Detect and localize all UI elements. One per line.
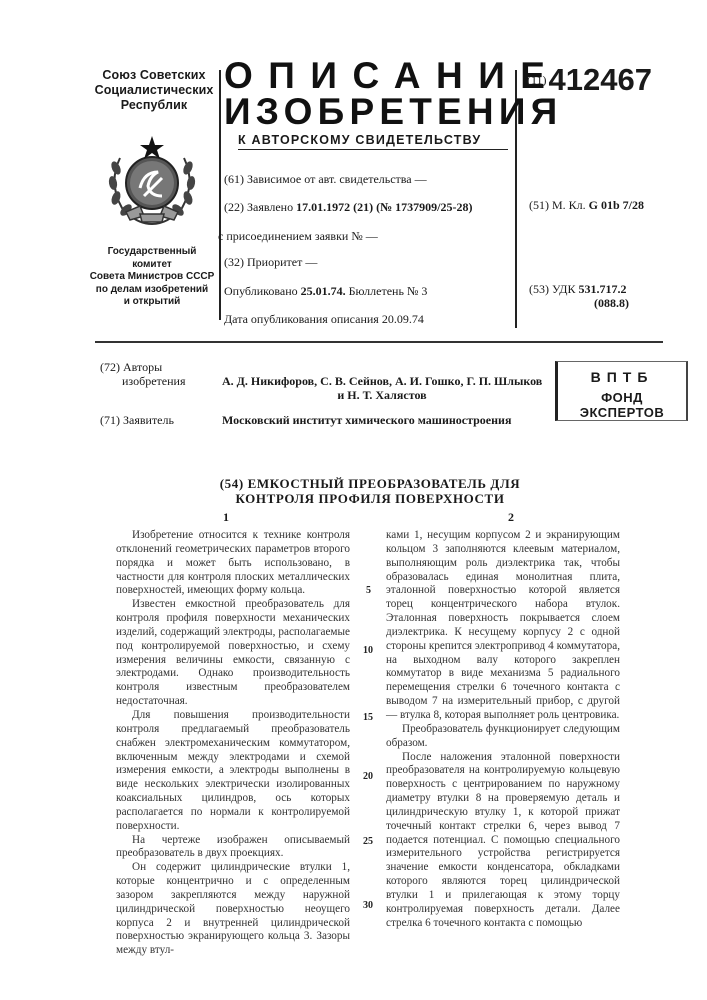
authors-label: (72) Авторы изобретения: [100, 360, 185, 388]
invention-title-line: КОНТРОЛЯ ПРОФИЛЯ ПОВЕРХНОСТИ: [200, 491, 540, 506]
invention-title-line: (54) ЕМКОСТНЫЙ ПРЕОБРАЗОВАТЕЛЬ ДЛЯ: [200, 476, 540, 491]
ussr-emblem-icon: [100, 128, 204, 228]
published-date: 25.01.74.: [301, 284, 346, 298]
column-1: Изобретение относится к технике контроля…: [116, 529, 350, 958]
classification: (51) М. Кл. G 01b 7/28: [529, 198, 644, 213]
paragraph: Для повышения производительности контрол…: [116, 709, 350, 834]
authors-label-line: (72) Авторы: [100, 360, 162, 374]
committee-line: по делам изобретений: [88, 284, 216, 297]
application-label: (21): [353, 200, 373, 214]
patent-number: (11)412467: [527, 62, 652, 98]
line-number: 30: [363, 900, 373, 911]
union-title-line: Республик: [90, 98, 218, 113]
class-label: (51) М. Кл.: [529, 198, 586, 212]
published-label: Опубликовано: [224, 284, 298, 298]
paragraph: Известен емкостной преобразователь для к…: [116, 598, 350, 709]
union-title-line: Союз Советских: [90, 68, 218, 83]
divider-left: [219, 70, 221, 320]
committee-line: и открытий: [88, 296, 216, 309]
authors-label-line: изобретения: [100, 374, 185, 388]
paragraph: Преобразователь функционирует следующим …: [386, 723, 620, 751]
patent-code: (11): [527, 73, 547, 87]
line-number: 20: [363, 771, 373, 782]
filed-label: (22) Заявлено: [224, 200, 293, 214]
line-number: 15: [363, 712, 373, 723]
union-title: Союз Советских Социалистических Республи…: [90, 68, 218, 113]
udk-value: 531.717.2: [578, 282, 626, 296]
library-stamp: ВПТБ ФОНД ЭКСПЕРТОВ: [555, 361, 688, 421]
committee-line: Государственный комитет: [88, 246, 216, 271]
committee-line: Совета Министров СССР: [88, 271, 216, 284]
udk-sub: (088.8): [529, 296, 629, 310]
udk-label: (53) УДК: [529, 282, 575, 296]
paragraph: Он содержит цилиндрические втулки 1, кот…: [116, 861, 350, 958]
paragraph: После наложения эталонной поверхности пр…: [386, 751, 620, 931]
header-rule: [95, 341, 663, 343]
application-number: (№ 1737909/25-28): [376, 200, 472, 214]
dependent-certificate: (61) Зависимое от авт. свидетельства —: [224, 172, 427, 187]
union-title-line: Социалистических: [90, 83, 218, 98]
priority: (32) Приоритет —: [224, 255, 317, 270]
line-number: 25: [363, 836, 373, 847]
class-value: G 01b 7/28: [589, 198, 644, 212]
line-number: 10: [363, 645, 373, 656]
committee-title: Государственный комитет Совета Министров…: [88, 246, 216, 309]
joined-application: с присоединением заявки № —: [218, 229, 378, 244]
udk: (53) УДК 531.717.2 (088.8): [529, 282, 629, 310]
column-2: ками 1, несущим корпусом 2 и экранирующи…: [386, 529, 620, 930]
doc-subtitle: К АВТОРСКОМУ СВИДЕТЕЛЬСТВУ: [238, 133, 508, 150]
applicant-name: Московский институт химического машиност…: [222, 413, 511, 428]
publication-info: Опубликовано 25.01.74. Бюллетень № 3: [224, 284, 427, 299]
paragraph: ками 1, несущим корпусом 2 и экранирующи…: [386, 529, 620, 723]
patent-number-value: 412467: [549, 62, 652, 97]
column-number-1: 1: [223, 510, 229, 525]
doc-type-title: ОПИСАНИЕ: [224, 56, 514, 96]
filing-info: (22) Заявлено 17.01.1972 (21) (№ 1737909…: [224, 200, 472, 215]
invention-title: (54) ЕМКОСТНЫЙ ПРЕОБРАЗОВАТЕЛЬ ДЛЯ КОНТР…: [200, 476, 540, 506]
column-number-2: 2: [508, 510, 514, 525]
bulletin: Бюллетень № 3: [349, 284, 428, 298]
description-date: Дата опубликования описания 20.09.74: [224, 312, 424, 327]
authors-names-2: и Н. Т. Халястов: [222, 388, 542, 403]
filed-date: 17.01.1972: [296, 200, 350, 214]
line-number: 5: [366, 585, 371, 596]
doc-type-title-2: ИЗОБРЕТЕНИЯ: [224, 92, 514, 132]
stamp-line: ВПТБ: [558, 369, 686, 385]
authors-names: А. Д. Никифоров, С. В. Сейнов, А. И. Гош…: [222, 374, 542, 389]
paragraph: Изобретение относится к технике контроля…: [116, 529, 350, 598]
applicant-label: (71) Заявитель: [100, 413, 174, 428]
paragraph: На чертеже изображен описываемый преобра…: [116, 834, 350, 862]
stamp-line: ФОНД ЭКСПЕРТОВ: [558, 390, 686, 420]
